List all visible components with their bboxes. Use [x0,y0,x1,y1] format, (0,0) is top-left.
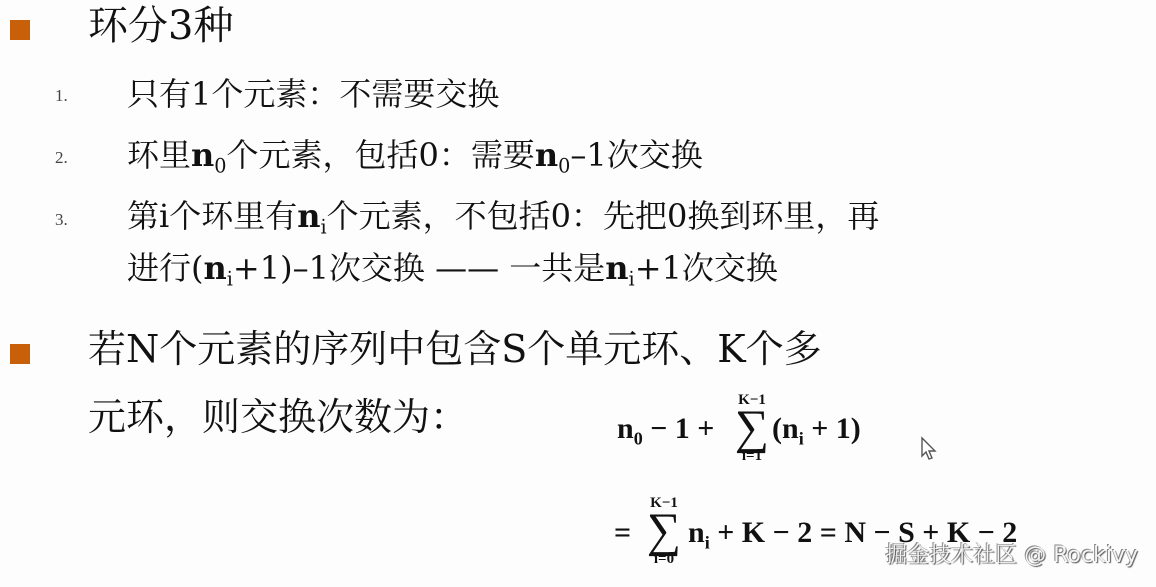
section2-line2: 元环，则交换次数为： [88,394,468,440]
list-item-3-line1: 第i个环里有ni个元素，不包括0：先把0换到环里，再 [127,196,879,236]
item-number: 2. [55,148,68,168]
list-item-3-line2: 进行(ni+1)–1次交换 —— 一共是ni+1次交换 [127,248,778,288]
summation-1: K−1 ∑ i=1 [730,392,774,464]
section-title: 环分3种 [88,2,233,50]
sigma-icon: ∑ [642,511,686,551]
formula-2-eq: = [614,516,631,550]
section2-line1: 若N个元素的序列中包含S个单元环、K个多 [88,326,822,372]
bullet-square-icon [10,344,30,364]
item-number: 3. [55,210,68,230]
formula-1: n0 − 1 + [617,412,714,446]
formula-1-right: (ni + 1) [772,412,861,446]
item-number: 1. [55,86,68,106]
bullet-square-icon [10,20,30,40]
watermark: 掘金技术社区 @ Rockivy [885,538,1138,569]
summation-2: K−1 ∑ i=0 [642,495,686,567]
list-item-1: 只有1个元素：不需要交换 [127,74,499,114]
mouse-cursor-icon [920,436,938,462]
sigma-icon: ∑ [730,408,774,448]
list-item-2: 环里n0个元素，包括0：需要n0–1次交换 [127,135,703,175]
